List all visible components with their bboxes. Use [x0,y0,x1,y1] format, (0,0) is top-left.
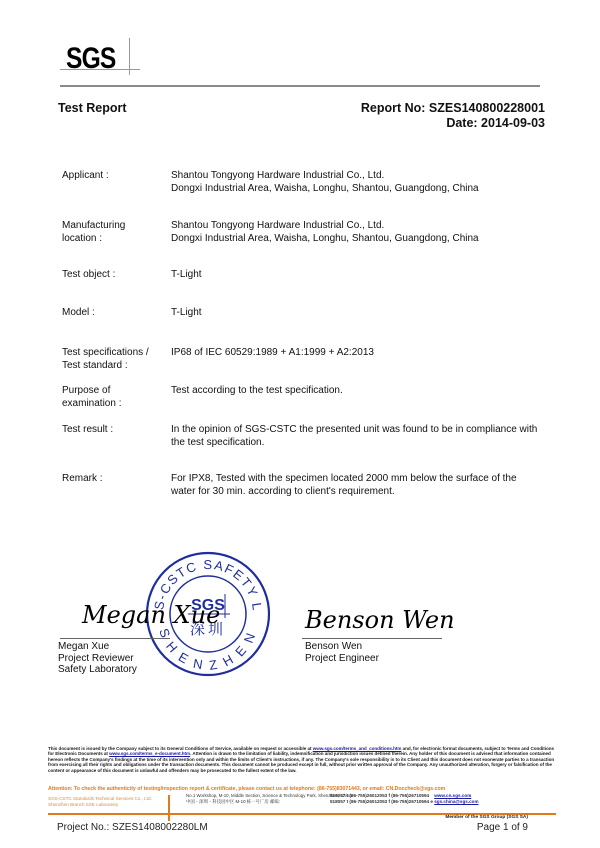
contact-info: 518057 t (86-755)26012053 f (86-755)2671… [330,793,479,805]
terms-link[interactable]: www.sgs.com/terms_and_conditions.htm [313,746,402,751]
project-number: Project No.: SZES1408002280LM [57,822,208,833]
field-value: T-Light [171,307,562,320]
authenticity-notice: Attention: To check the authenticity of … [48,786,445,792]
field-label: Purpose ofexamination : [62,385,171,410]
company-address: No.1 Workshop, M-10, Middle Section, Sci… [186,793,352,805]
field-value: T-Light [171,269,562,282]
field-label: Test specifications /Test standard : [62,347,171,372]
document-title: Test Report [58,101,127,115]
signature-benson-wen: Benson Wen [305,606,455,634]
signatory-2: Benson Wen Project Engineer [305,641,379,664]
signatory-name: Megan Xue [58,641,137,653]
e-document-terms-link[interactable]: www.sgs.com/terms_e-document.htm [109,751,190,756]
terms-fine-print: This document is issued by the Company s… [48,746,556,773]
signatory-name: Benson Wen [305,641,379,653]
logo-underline [60,69,140,70]
field-label: Applicant : [62,170,171,195]
signatory-dept: Safety Laboratory [58,664,137,676]
field-row: Applicant :Shantou Tongyong Hardware Ind… [62,170,562,195]
field-row: Test specifications /Test standard :IP68… [62,347,562,372]
header-divider [60,85,540,87]
logo-vertical-line [129,38,130,75]
field-row: Model :T-Light [62,307,562,320]
signatory-role: Project Engineer [305,653,379,665]
field-row: Remark :For IPX8, Tested with the specim… [62,473,562,498]
doccheck-email-link[interactable]: CN.Doccheck@sgs.com [386,786,446,792]
signatory-1: Megan Xue Project Reviewer Safety Labora… [58,641,137,676]
field-value: In the opinion of SGS-CSTC the presented… [171,424,562,449]
field-label: Test object : [62,269,171,282]
report-date: Date: 2014-09-03 [361,116,545,131]
website-link[interactable]: www.cn.sgs.com [434,793,471,798]
field-value: Test according to the test specification… [171,385,562,410]
field-row: Manufacturinglocation :Shantou Tongyong … [62,220,562,245]
signature-line-1 [60,638,170,639]
sgs-group-membership: Member of the SGS Group (SGS SA) [445,815,528,820]
field-value: IP68 of IEC 60529:1989 + A1:1999 + A2:20… [171,347,562,372]
field-value: Shantou Tongyong Hardware Industrial Co.… [171,220,562,245]
field-label: Model : [62,307,171,320]
email-link[interactable]: sgs.china@sgs.com [434,799,478,804]
signatory-role: Project Reviewer [58,653,137,665]
signature-megan-xue: Megan Xue [82,601,220,629]
page-number: Page 1 of 9 [477,822,528,833]
field-row: Test result :In the opinion of SGS-CSTC … [62,424,562,449]
sgs-logo: SGS [66,42,115,76]
report-meta: Report No: SZES140800228001 Date: 2014-0… [361,101,545,131]
field-label: Test result : [62,424,171,449]
field-value: For IPX8, Tested with the specimen locat… [171,473,562,498]
report-number: Report No: SZES140800228001 [361,101,545,116]
field-label: Manufacturinglocation : [62,220,171,245]
field-row: Test object :T-Light [62,269,562,282]
field-label: Remark : [62,473,171,498]
field-value: Shantou Tongyong Hardware Industrial Co.… [171,170,562,195]
field-row: Purpose ofexamination :Test according to… [62,385,562,410]
footer-vertical-rule [168,795,170,821]
company-info: SGS-CSTC Standards Technical Services Co… [48,796,152,808]
signature-line-2 [302,638,442,639]
